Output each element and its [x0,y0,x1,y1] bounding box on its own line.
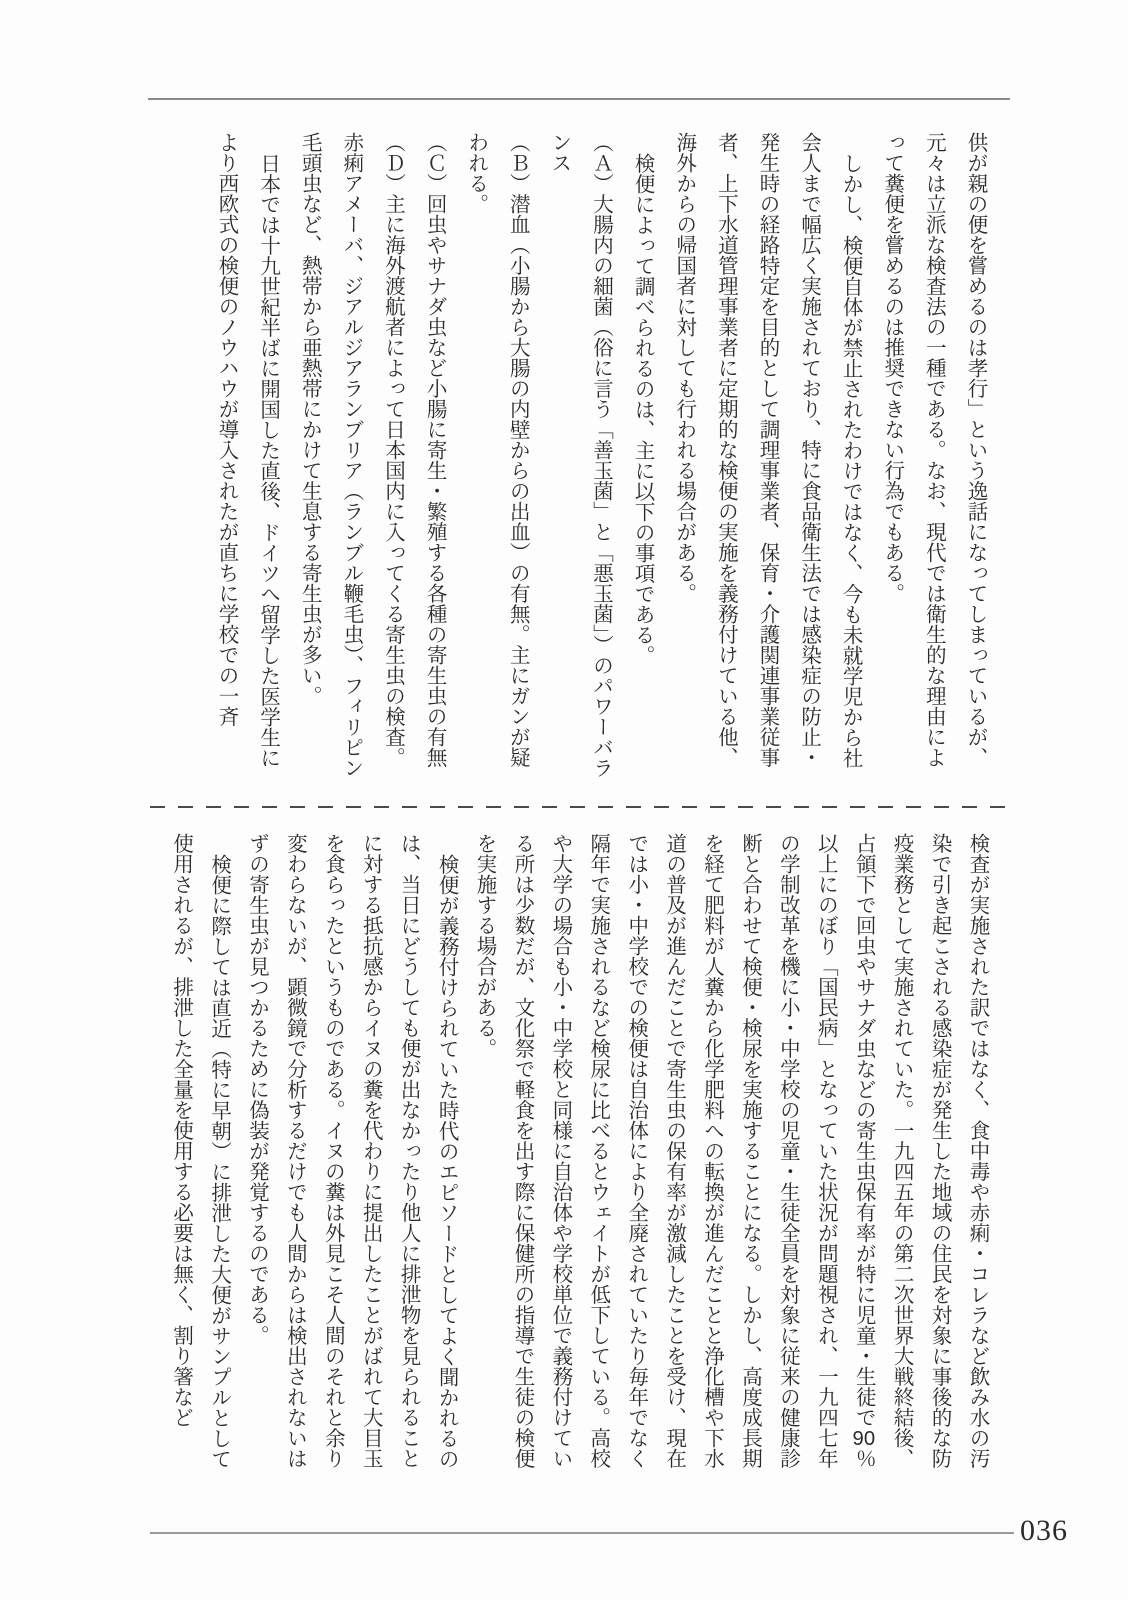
page-number: 036 [1020,1514,1068,1548]
body-text-upper-block: 供が親の便を嘗めるのは孝行」という逸話になってしまっているが、元々は立派な検査法… [160,132,996,778]
paragraph: （Ａ）大腸内の細菌（俗に言う「善玉菌」と「悪玉菌」）のパワーバランス [538,132,621,778]
text-run: 検便に際しては直近（特に早朝）に排泄した大便がサンプルとして使用されるが、排泄し… [170,833,231,1469]
text-run: （Ｃ）回虫やサナダ虫など小腸に寄生・繁殖する各種の寄生虫の有無 [423,132,446,768]
paragraph: 供が親の便を嘗めるのは孝行」という逸話になってしまっているが、元々は立派な検査法… [871,132,996,778]
paragraph: 検査が実施された訳ではなく、食中毒や赤痢・コレラなど飲み水の汚染で引き起こされる… [465,833,996,1481]
text-run: 供が親の便を嘗めるのは孝行」という逸話になってしまっているが、元々は立派な検査法… [881,132,987,768]
paragraph: 日本では十九世紀半ばに開国した直後、ドイツへ留学した医学生により西欧式の検便のノ… [205,132,288,778]
text-run: （Ｄ）主に海外渡航者によって日本国内に入ってくる寄生虫の検査。赤痢アメーバ、ジア… [298,132,404,778]
text-run: 検査が実施された訳ではなく、食中毒や赤痢・コレラなど飲み水の汚染で引き起こされる… [852,833,989,1469]
footer-rule [150,1532,1014,1534]
paragraph: （Ｄ）主に海外渡航者によって日本国内に入ってくる寄生虫の検査。赤痢アメーバ、ジア… [289,132,414,778]
paragraph: 検便が義務付けられていた時代のエピソードとしてよく聞かれるのは、当日にどうしても… [238,833,466,1481]
text-run: （Ｂ）潜血（小腸から大腸の内壁からの出血）の有無。主にガンが疑われる。 [465,132,530,768]
paragraph: （Ｂ）潜血（小腸から大腸の内壁からの出血）の有無。主にガンが疑われる。 [455,132,538,778]
paragraph: 検便によって調べられるのは、主に以下の事項である。 [622,132,664,778]
tatechuyoko-number: 90 [852,1428,875,1449]
paragraph: しかし、検便自体が禁止されたわけではなく、今も未就学児から社会人まで幅広く実施さ… [663,132,871,778]
text-run: ％以上にのぼり「国民病」となっていた状況が問題視され、一九四七年の学制改革を機に… [473,833,875,1469]
header-rule [148,98,1010,100]
paragraph: （Ｃ）回虫やサナダ虫など小腸に寄生・繁殖する各種の寄生虫の有無 [413,132,455,778]
paragraph: 検便に際しては直近（特に早朝）に排泄した大便がサンプルとして使用されるが、排泄し… [162,833,238,1481]
text-run: 検便によって調べられるのは、主に以下の事項である。 [631,153,654,666]
text-run: （Ａ）大腸内の細菌（俗に言う「善玉菌」と「悪玉菌」）のパワーバランス [548,132,613,778]
body-text-lower-block: 検査が実施された訳ではなく、食中毒や赤痢・コレラなど飲み水の汚染で引き起こされる… [160,833,996,1481]
text-run: 日本では十九世紀半ばに開国した直後、ドイツへ留学した医学生により西欧式の検便のノ… [215,132,280,768]
book-page: 供が親の便を嘗めるのは孝行」という逸話になってしまっているが、元々は立派な検査法… [0,0,1128,1600]
text-run: しかし、検便自体が禁止されたわけではなく、今も未就学児から社会人まで幅広く実施さ… [673,132,862,768]
text-run: 検便が義務付けられていた時代のエピソードとしてよく聞かれるのは、当日にどうしても… [245,833,458,1469]
dashed-section-divider [150,806,1016,808]
